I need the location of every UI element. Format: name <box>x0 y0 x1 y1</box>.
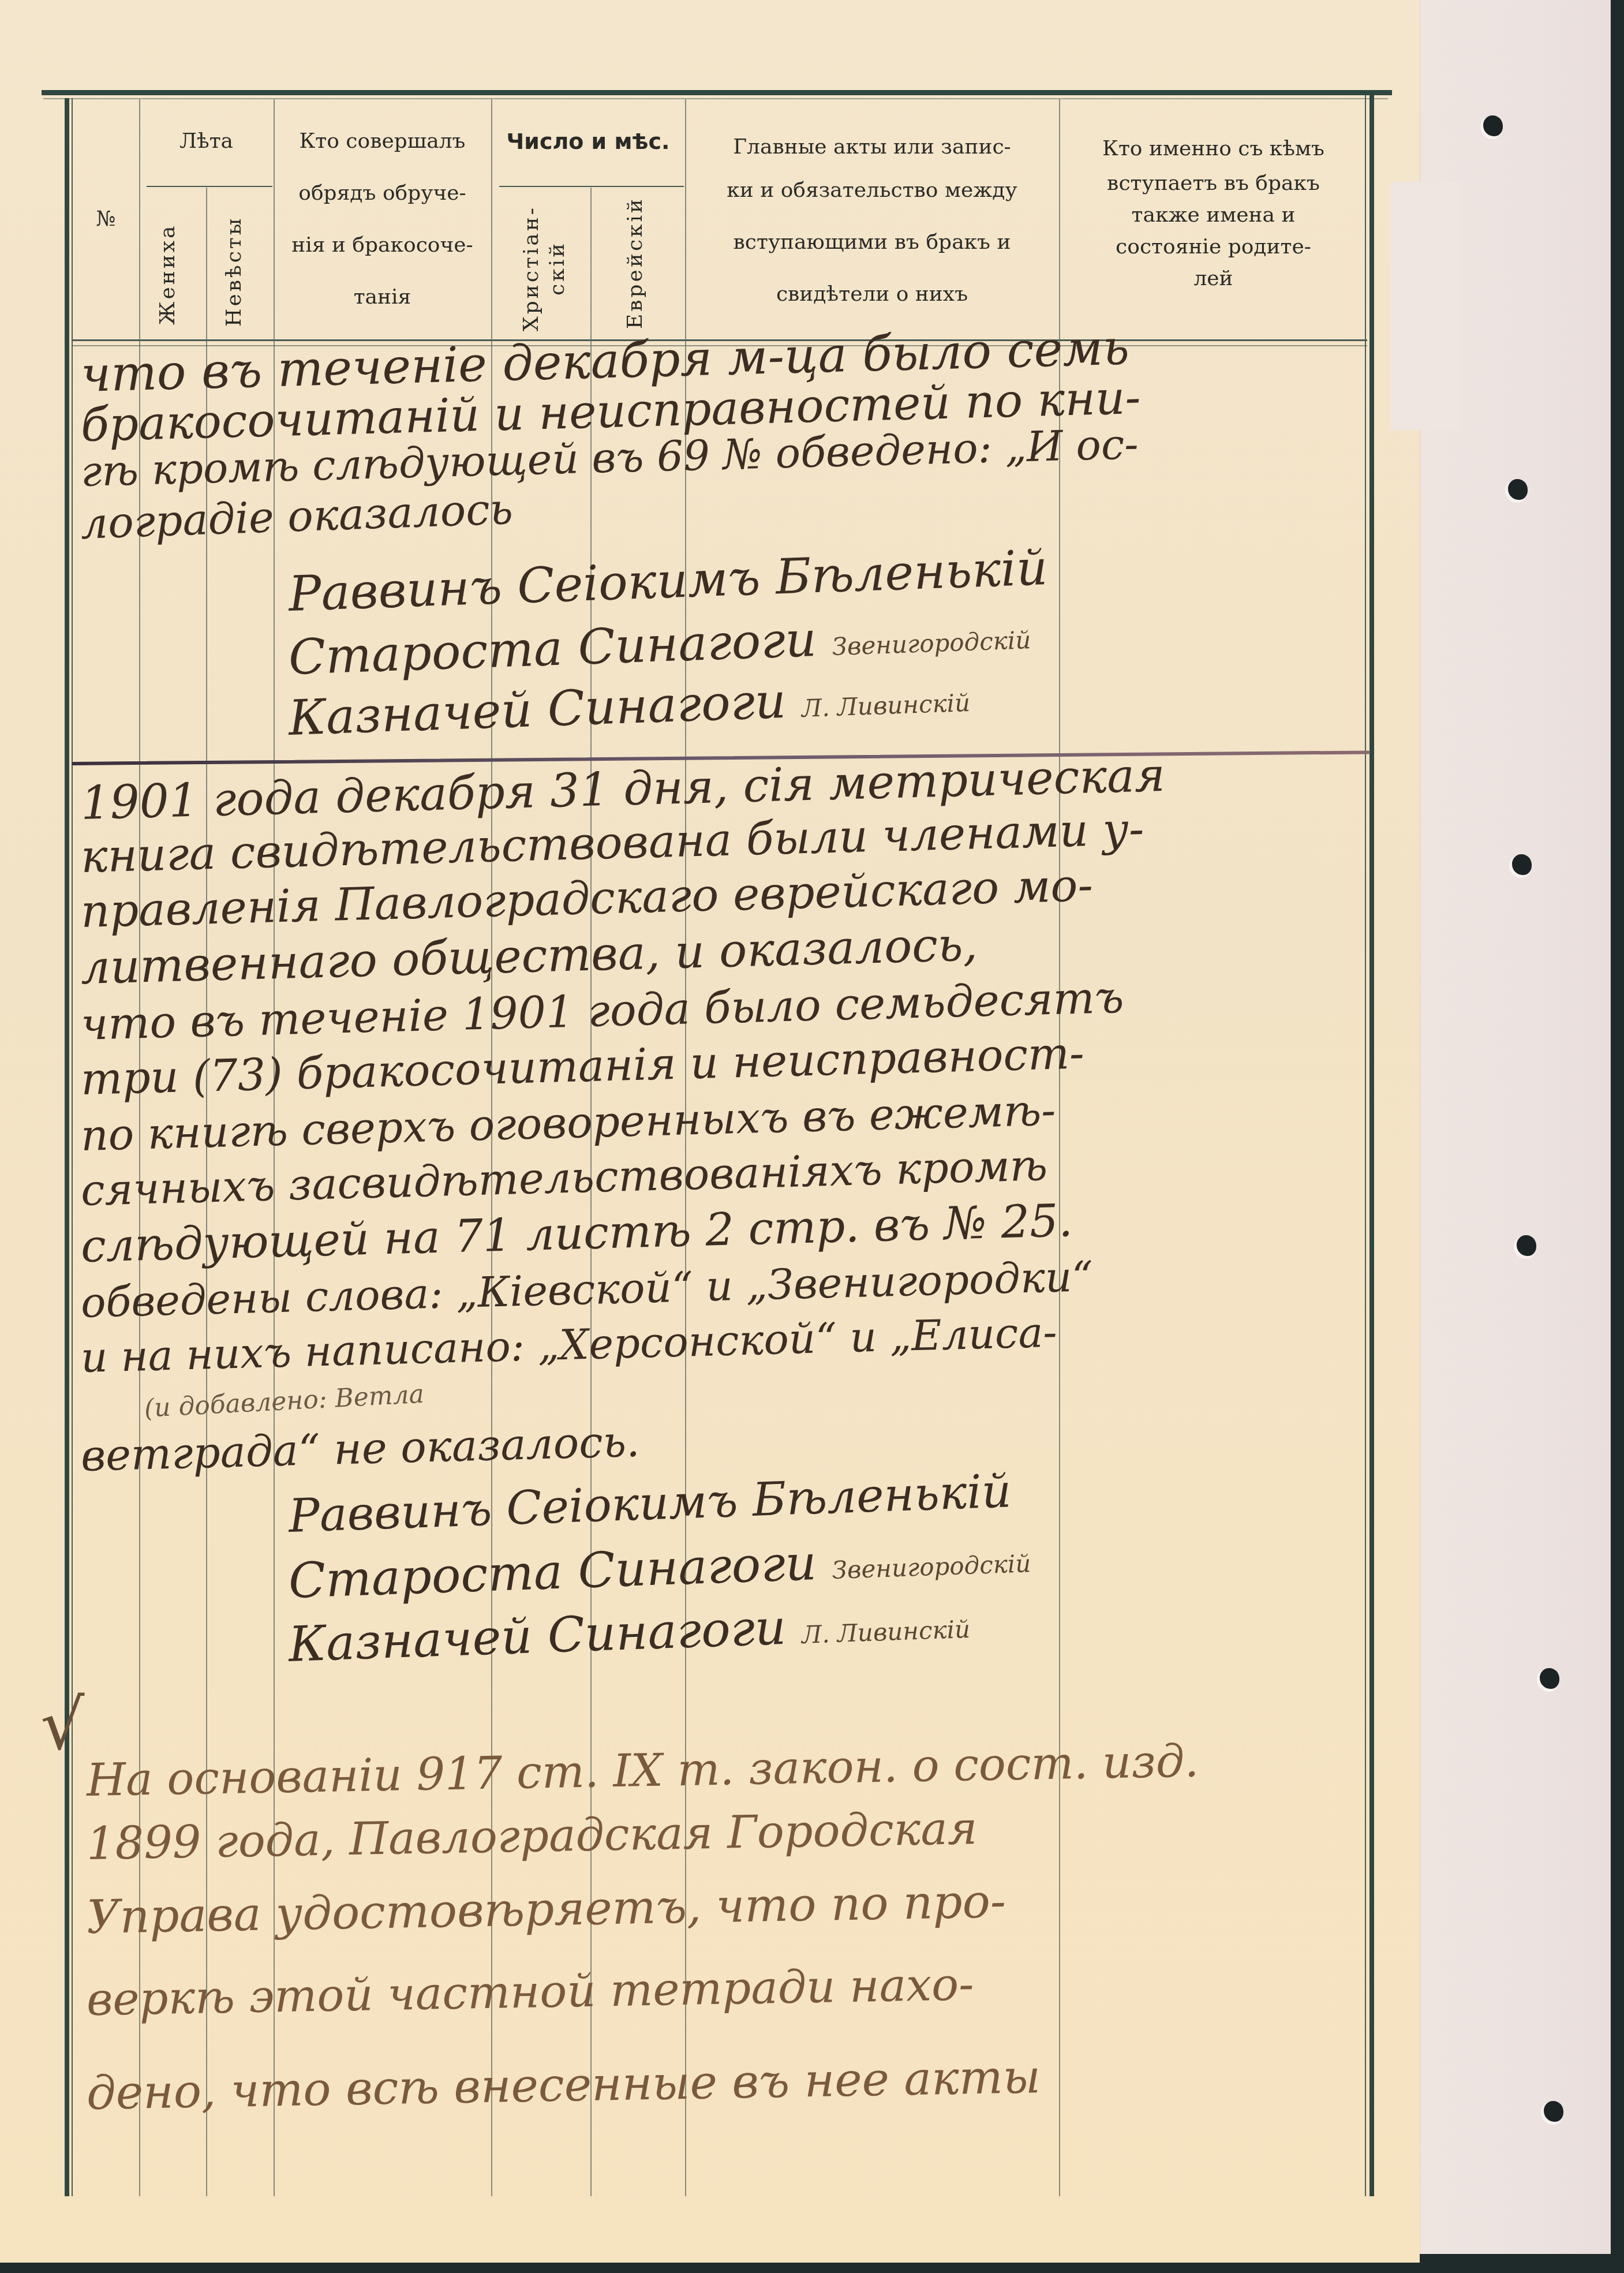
header-names-1: Кто именно съ кѣмъ <box>1059 133 1368 165</box>
ages-subheader-rule <box>147 186 272 187</box>
header-officiant-3: нія и бракосоче- <box>274 222 491 268</box>
header-acts-4: свидѣтели о нихъ <box>685 271 1059 317</box>
header-acts-3: вступающими въ бракъ и <box>685 219 1059 266</box>
header-date-jewish: Еврейскій <box>623 196 658 329</box>
header-officiant-4: танія <box>274 274 491 320</box>
binding-hole-icon <box>1512 854 1532 875</box>
right-inner-rule <box>1365 95 1366 2196</box>
header-date-christian-1: Христіан- <box>519 205 548 332</box>
header-date-christian-2: скій <box>545 205 574 332</box>
check-mark-icon: √ <box>40 1685 84 1766</box>
binding-hole-icon <box>1544 2101 1563 2122</box>
header-acts-2: ки и обязательство между <box>685 167 1059 214</box>
date-subheader-rule <box>499 186 684 187</box>
header-number: № <box>73 196 139 242</box>
header-age-groom: Жениха <box>156 216 190 332</box>
header-age-bride: Невѣсты <box>222 214 257 329</box>
header-ages: Лѣта <box>139 118 274 165</box>
header-names-4: состояніе родите- <box>1059 231 1368 263</box>
right-border-rule <box>1369 95 1374 2196</box>
left-inner-rule <box>72 98 73 2196</box>
paper-repair-patch <box>1391 182 1460 430</box>
header-names-5: лей <box>1059 263 1368 295</box>
left-border-rule <box>65 98 69 2196</box>
header-date: Число и мѣс. <box>491 118 685 165</box>
top-border-rule <box>42 90 1392 95</box>
header-officiant-2: обрядъ обруче- <box>274 170 491 216</box>
header-names-2: вступаетъ въ бракъ <box>1059 167 1368 200</box>
binding-hole-icon <box>1508 479 1528 500</box>
header-names-3: также имена и <box>1059 199 1368 231</box>
binding-hole-icon <box>1540 1668 1559 1689</box>
binding-hole-icon <box>1517 1235 1536 1256</box>
header-acts-1: Главные акты или запис- <box>685 124 1059 170</box>
header-officiant-1: Кто совершалъ <box>274 118 491 165</box>
binding-hole-icon <box>1483 115 1503 136</box>
top-inner-rule <box>43 98 1388 99</box>
